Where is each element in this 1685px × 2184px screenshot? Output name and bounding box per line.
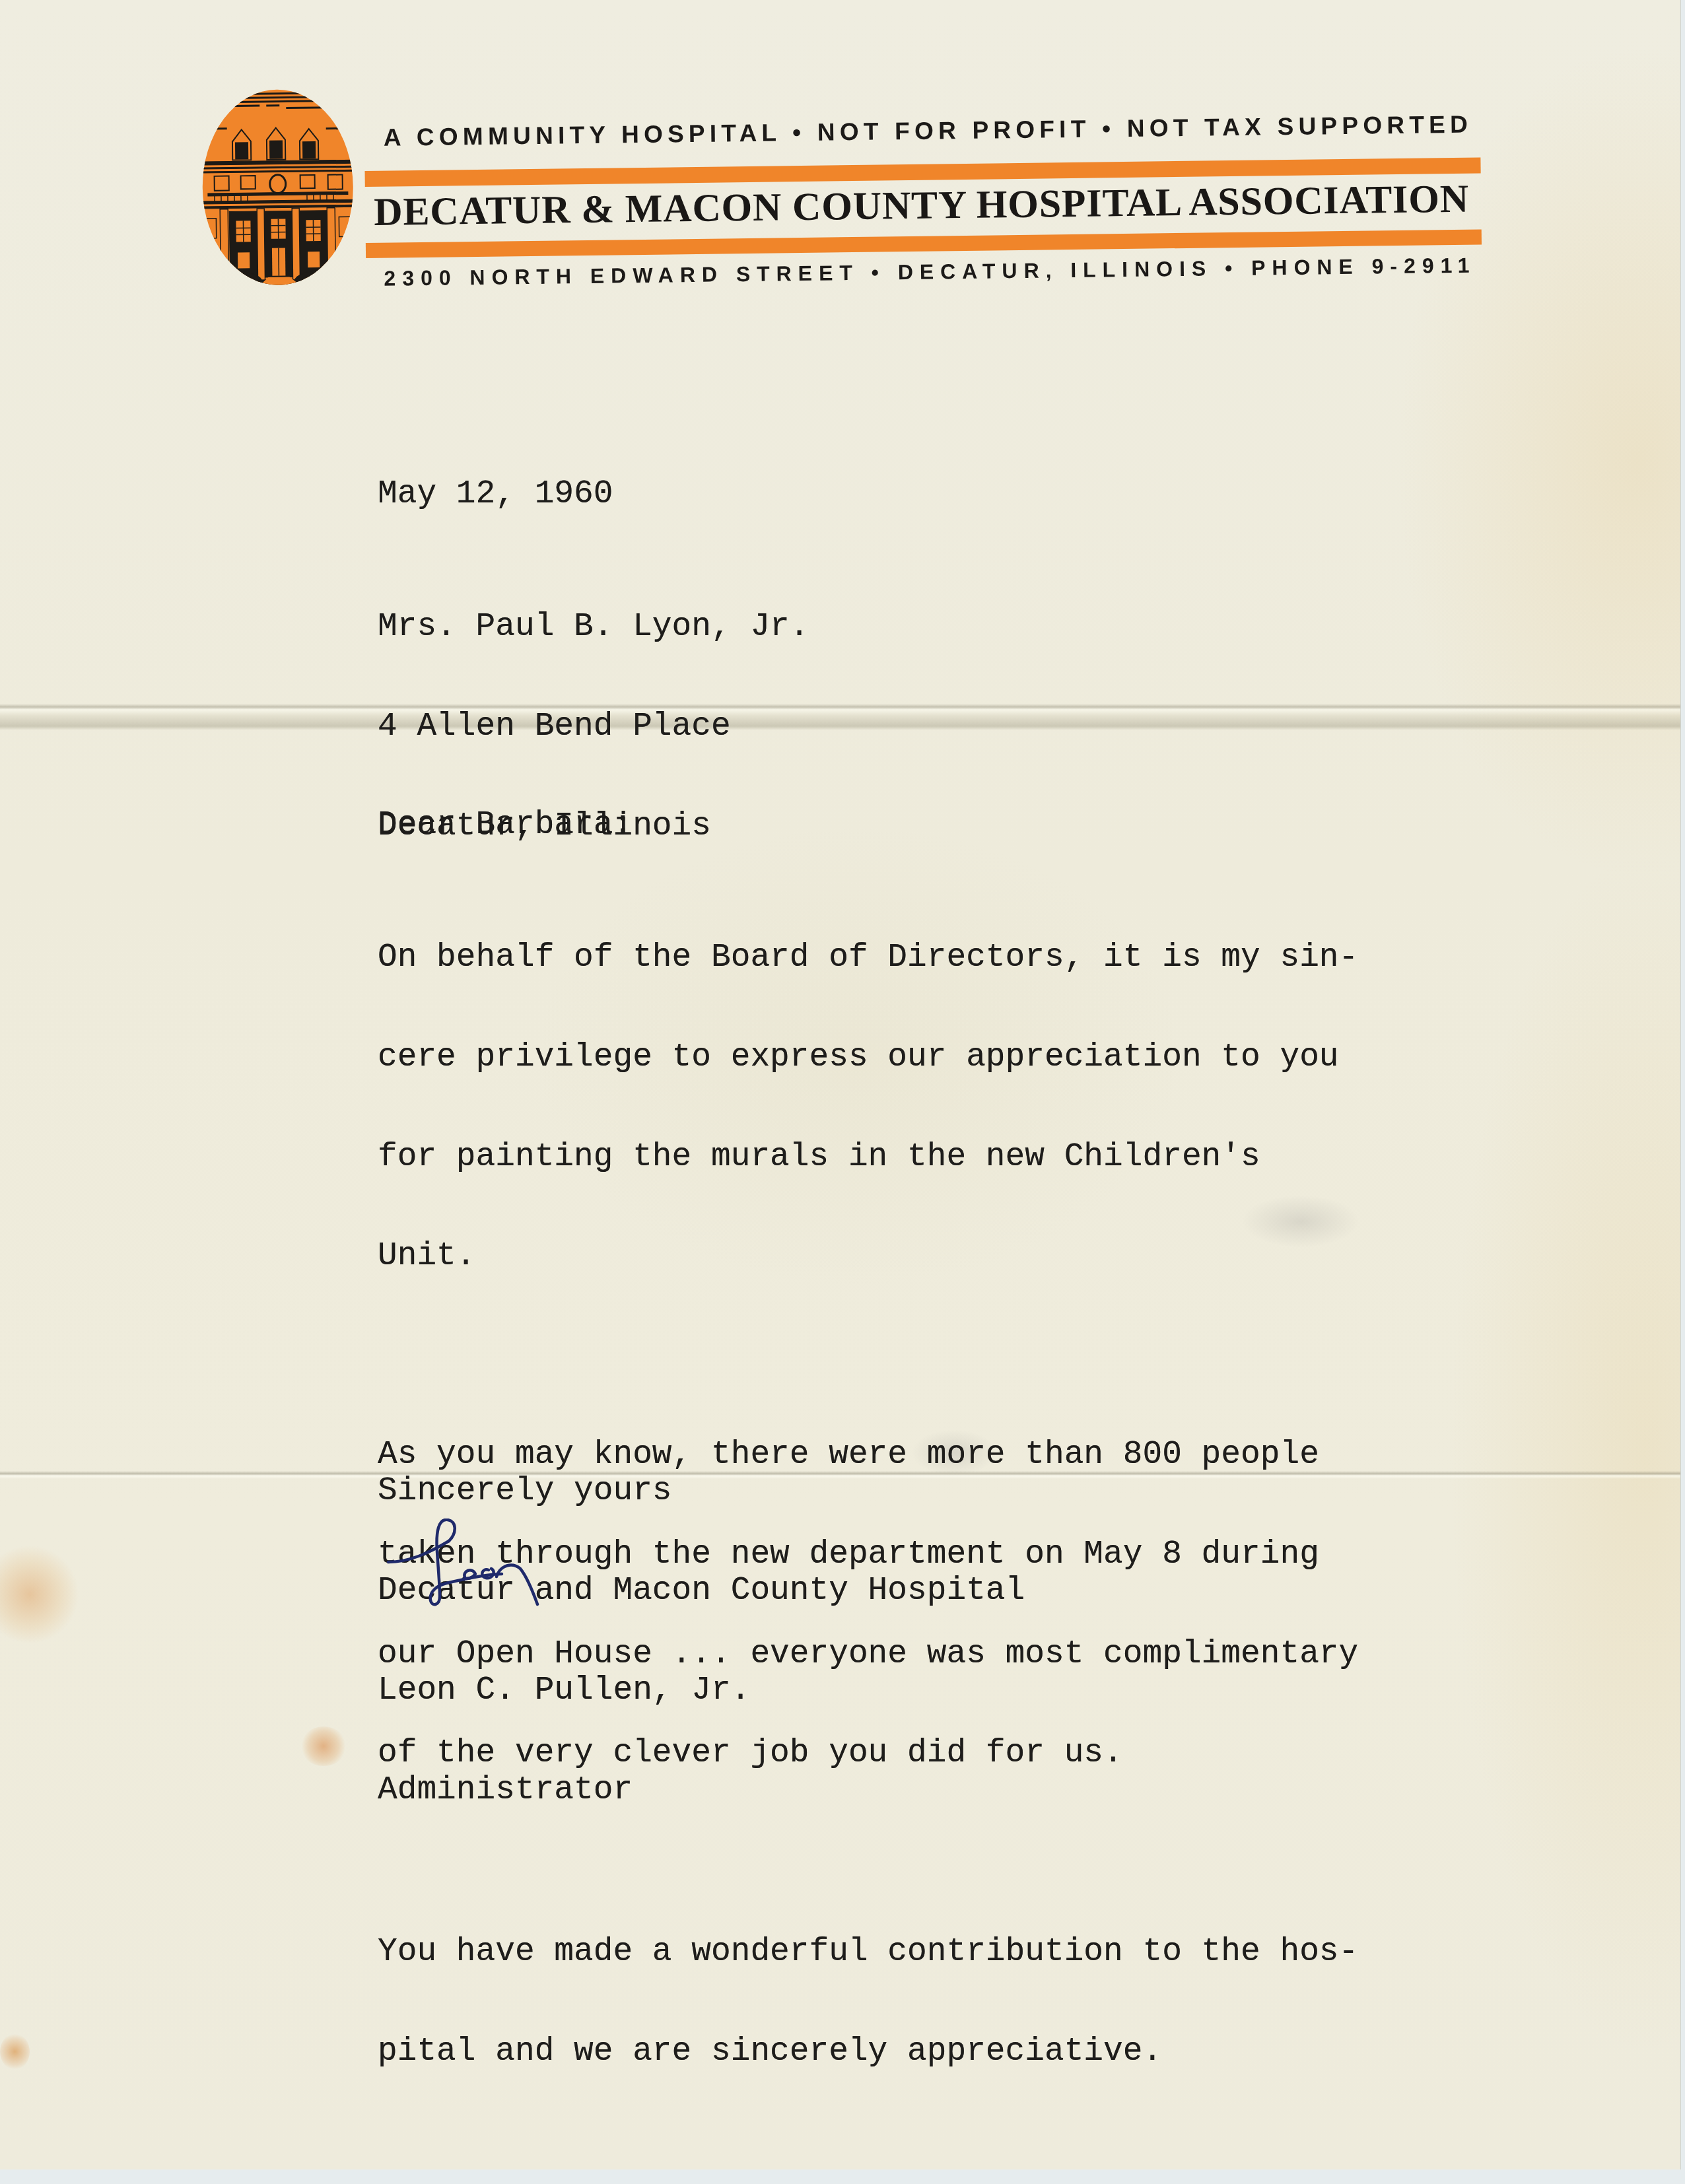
letterhead-tagline: A COMMUNITY HOSPITAL • NOT FOR PROFIT • … xyxy=(384,111,1468,151)
letterhead: A COMMUNITY HOSPITAL • NOT FOR PROFIT • … xyxy=(0,0,1685,308)
paragraph-1-line: Unit. xyxy=(378,1239,1358,1272)
paper-stain xyxy=(0,1545,79,1644)
paper-stain xyxy=(0,2033,30,2070)
signature-block: Leon C. Pullen, Jr. Administrator xyxy=(378,1608,750,1873)
letterhead-address: 2300 NORTH EDWARD STREET • DECATUR, ILLI… xyxy=(384,254,1469,290)
paragraph-1-line: cere privilege to express our appreciati… xyxy=(378,1041,1358,1074)
signer-title: Administrator xyxy=(378,1773,750,1806)
handwritten-signature: Leon xyxy=(383,1519,588,1614)
organization-name: DECATUR & MACON COUNTY HOSPITAL ASSOCIAT… xyxy=(374,177,1469,234)
paragraph-1-line: for painting the murals in the new Child… xyxy=(378,1140,1358,1173)
letterhead-text: A COMMUNITY HOSPITAL • NOT FOR PROFIT • … xyxy=(0,0,1685,308)
paragraph-3-line: You have made a wonderful contribution t… xyxy=(378,1935,1358,1968)
letterhead-rule-bottom xyxy=(366,229,1482,258)
paragraph-3-line: pital and we are sincerely appreciative. xyxy=(378,2035,1358,2068)
signer-name: Leon C. Pullen, Jr. xyxy=(378,1674,750,1707)
recipient-street: 4 Allen Bend Place xyxy=(378,710,809,743)
paper-stain xyxy=(300,1726,347,1766)
paragraph-gap xyxy=(378,1339,1358,1372)
letter-page: A COMMUNITY HOSPITAL • NOT FOR PROFIT • … xyxy=(0,0,1680,2169)
closing-phrase: Sincerely yours xyxy=(378,1474,1025,1507)
paper-fold-upper xyxy=(0,704,1680,730)
recipient-name: Mrs. Paul B. Lyon, Jr. xyxy=(378,610,809,643)
paragraph-1-line: On behalf of the Board of Directors, it … xyxy=(378,941,1358,974)
